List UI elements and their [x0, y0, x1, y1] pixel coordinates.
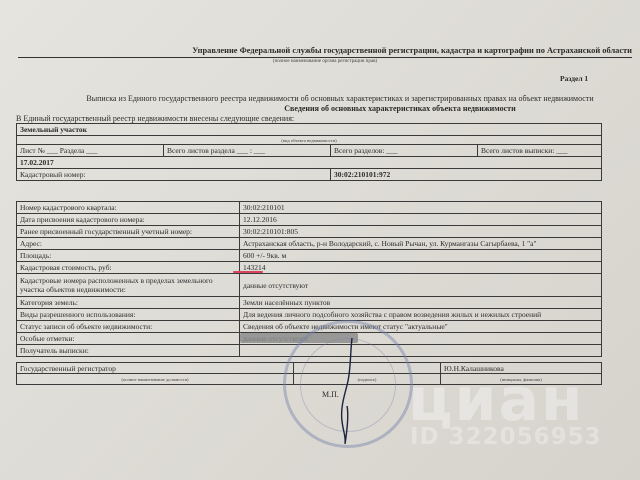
org-caption: (полное наименование органа регистрации …: [18, 59, 632, 64]
position-caption: (полное наименование должности): [17, 374, 294, 385]
total-sheets-section: Всего листов раздела ___ : ___: [164, 145, 331, 157]
document-title: Выписка из Единого государственного реес…: [0, 94, 640, 103]
total-sheets-extract: Всего листов выписки: ___: [478, 145, 602, 157]
total-sections: Всего разделов: ___: [331, 145, 478, 157]
section-label: Раздел 1: [560, 74, 588, 83]
table-row: Кадастровая стоимость, руб:143214: [17, 262, 602, 274]
entered-caption: В Единый государственный реестр недвижим…: [16, 114, 294, 123]
table-row: Виды разрешенного использования:Для веде…: [17, 309, 602, 321]
sheet-number: Лист № ___ Раздела ___: [17, 145, 164, 157]
table-row: Номер кадастрового квартала:30:02:210101: [17, 202, 602, 214]
handwritten-signature-icon: [334, 336, 364, 446]
object-type-caption: (вид объекта недвижимости): [17, 136, 602, 145]
red-underline-mark: [233, 271, 263, 273]
cadastral-value: 143214: [240, 262, 602, 274]
table-row: Площадь:600 +/- 9кв. м: [17, 250, 602, 262]
extract-date: 17.02.2017: [17, 157, 602, 169]
divider: [18, 57, 632, 58]
cadastral-number-label: Кадастровый номер:: [17, 169, 331, 181]
org-name: Управление Федеральной службы государств…: [18, 46, 632, 55]
registrar-position: Государственный регистратор: [17, 363, 294, 374]
object-header-table: Земельный участок (вид объекта недвижимо…: [16, 123, 602, 181]
table-row: Дата присвоения кадастрового номера:12.1…: [17, 214, 602, 226]
table-row: Категория земель:Земли населённых пункто…: [17, 297, 602, 309]
watermark-id: ID 322056953: [410, 424, 602, 450]
watermark-brand: циан: [408, 370, 584, 430]
table-row: Статус записи об объекте недвижимости:Св…: [17, 321, 602, 333]
table-row: Ранее присвоенный государственный учетны…: [17, 226, 602, 238]
document-subtitle: Сведения об основных характеристиках объ…: [0, 104, 640, 113]
table-row: Адрес:Астраханская область, р-н Володарс…: [17, 238, 602, 250]
cadastral-number-value: 30:02:210101:972: [331, 169, 602, 181]
table-row: Кадастровые номера расположенных в преде…: [17, 274, 602, 297]
object-type: Земельный участок: [17, 124, 602, 136]
